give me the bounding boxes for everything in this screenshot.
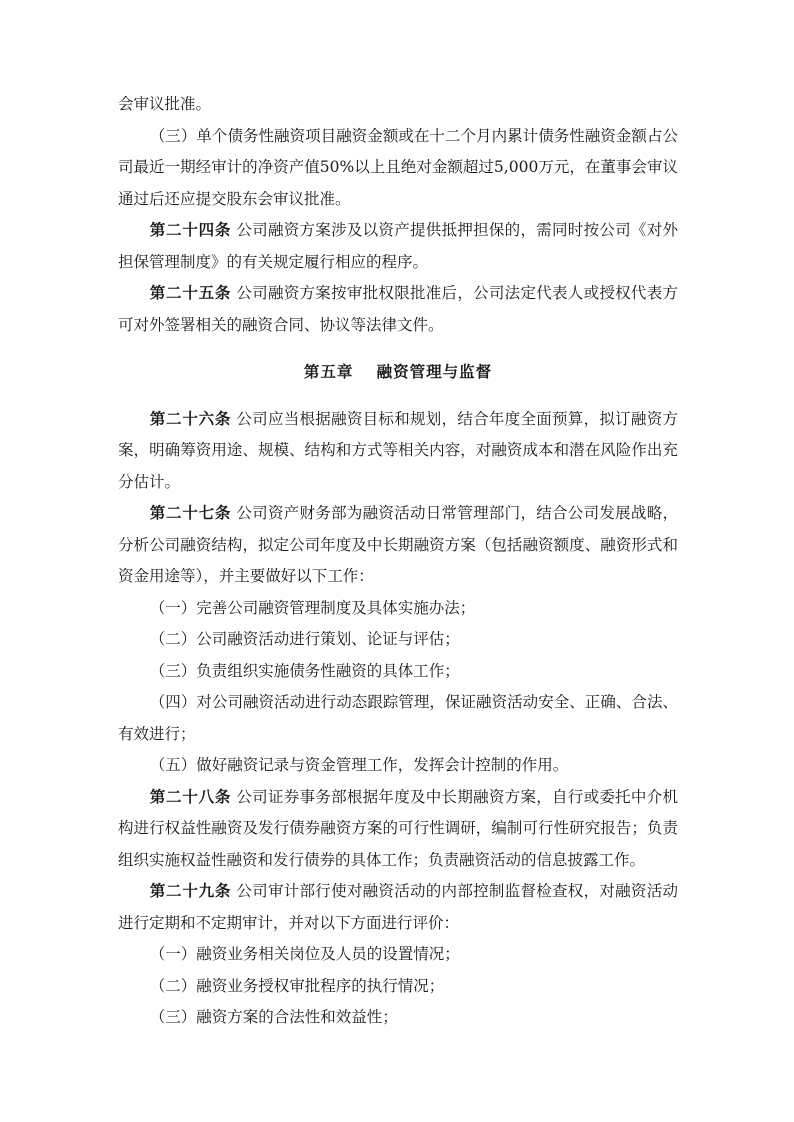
chapter-number: 第五章 (304, 363, 354, 381)
document-page: 会审议批准。 （三）单个债务性融资项目融资金额或在十二个月内累计债务性融资金额占… (118, 89, 678, 1034)
chapter-heading: 第五章融资管理与监督 (118, 357, 678, 389)
paragraph-item: （二）融资业务授权审批程序的执行情况； (118, 971, 678, 1003)
paragraph-item: （四）对公司融资活动进行动态跟踪管理，保证融资活动安全、正确、合法、有效进行； (118, 687, 678, 750)
paragraph-continuation: 会审议批准。 (118, 89, 678, 121)
article-label: 第二十六条 (150, 410, 231, 428)
paragraph-item: （二）公司融资活动进行策划、论证与评估； (118, 624, 678, 656)
article-27: 第二十七条 公司资产财务部为融资活动日常管理部门，结合公司发展战略，分析公司融资… (118, 498, 678, 593)
chapter-title: 融资管理与监督 (377, 363, 493, 381)
article-label: 第二十七条 (150, 504, 231, 522)
article-28: 第二十八条 公司证券事务部根据年度及中长期融资方案，自行或委托中介机构进行权益性… (118, 782, 678, 877)
paragraph-item: （五）做好融资记录与资金管理工作，发挥会计控制的作用。 (118, 750, 678, 782)
article-label: 第二十九条 (150, 882, 231, 900)
paragraph-item: （一）融资业务相关岗位及人员的设置情况； (118, 939, 678, 971)
article-label: 第二十四条 (150, 221, 231, 239)
article-24: 第二十四条 公司融资方案涉及以资产提供抵押担保的，需同时按公司《对外担保管理制度… (118, 215, 678, 278)
paragraph-item: （三）负责组织实施债务性融资的具体工作； (118, 656, 678, 688)
paragraph-item: （三）单个债务性融资项目融资金额或在十二个月内累计债务性融资金额占公司最近一期经… (118, 121, 678, 216)
article-29: 第二十九条 公司审计部行使对融资活动的内部控制监督检查权，对融资活动进行定期和不… (118, 876, 678, 939)
paragraph-item: （三）融资方案的合法性和效益性； (118, 1002, 678, 1034)
article-26: 第二十六条 公司应当根据融资目标和规划，结合年度全面预算，拟订融资方案，明确筹资… (118, 404, 678, 499)
article-25: 第二十五条 公司融资方案按审批权限批准后，公司法定代表人或授权代表方可对外签署相… (118, 278, 678, 341)
article-label: 第二十八条 (150, 788, 231, 806)
paragraph-item: （一）完善公司融资管理制度及具体实施办法； (118, 593, 678, 625)
article-label: 第二十五条 (150, 284, 231, 302)
